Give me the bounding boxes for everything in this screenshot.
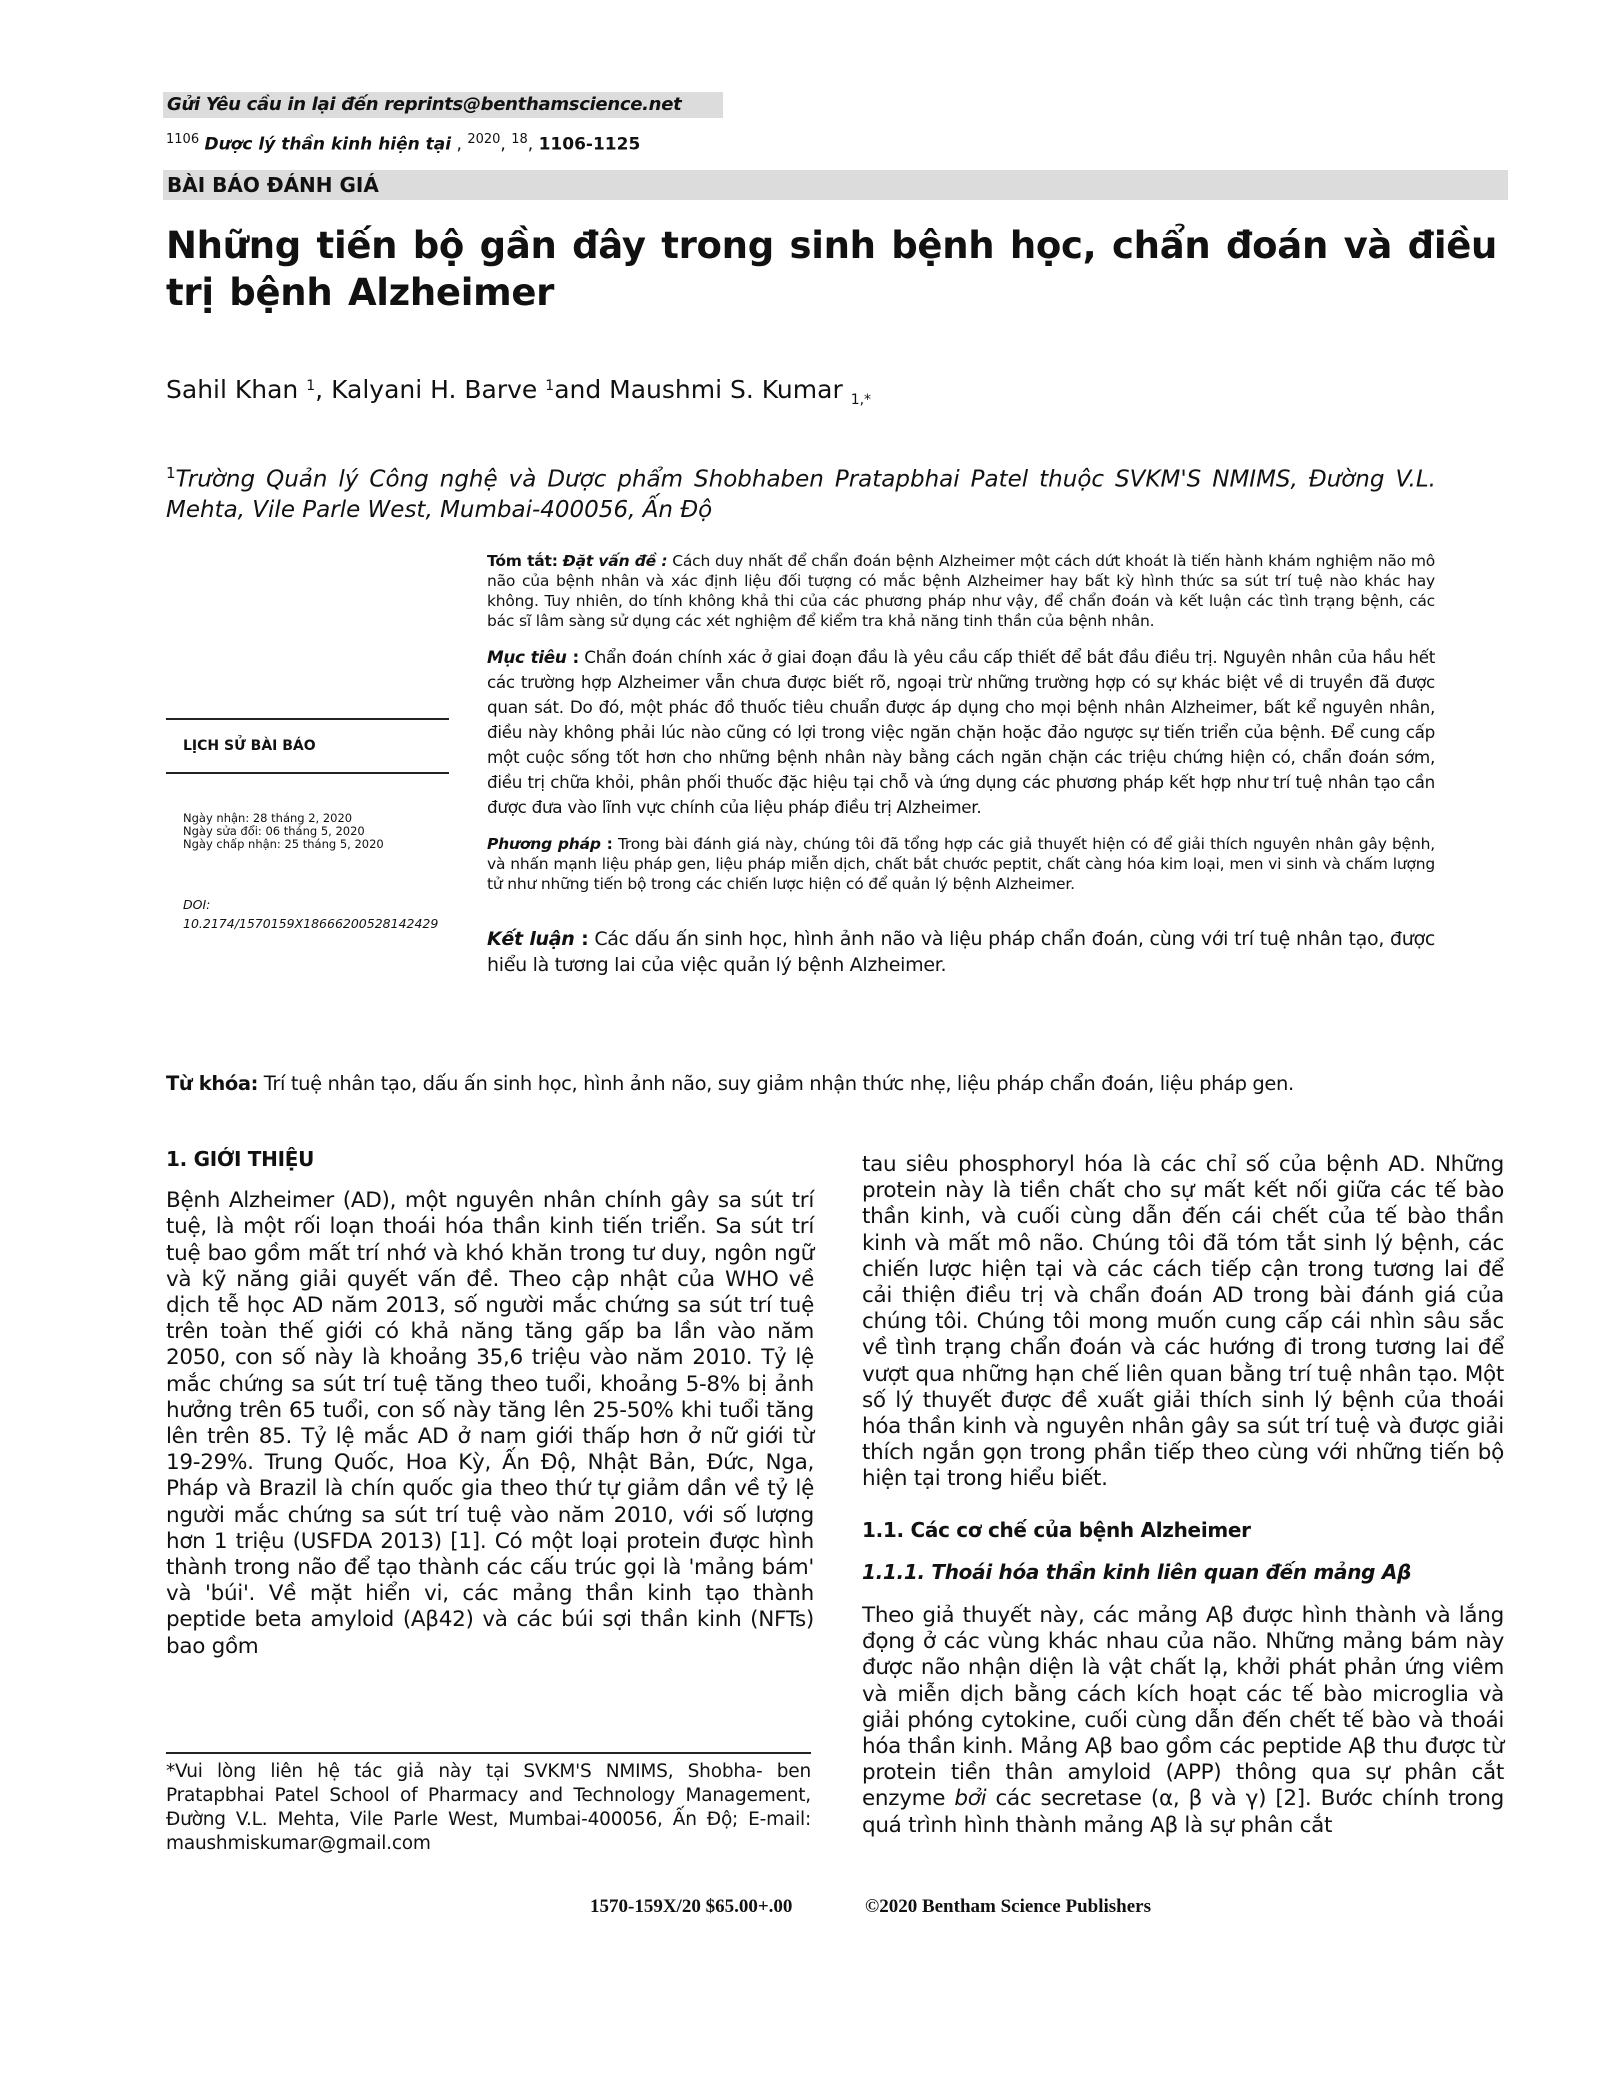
keywords: Từ khóa: Trí tuệ nhân tạo, dấu ấn sinh h…	[166, 1071, 1294, 1097]
author-affiliation-mark: 1	[545, 378, 554, 394]
history-dates: Ngày nhận: 28 tháng 2, 2020 Ngày sửa đổi…	[183, 812, 451, 851]
keywords-label: Từ khóa:	[166, 1072, 258, 1095]
objective-label: Mục tiêu	[487, 647, 567, 667]
author-name: Kalyani H. Barve	[331, 375, 537, 404]
abstract-background: Tóm tắt: Đặt vấn đề : Cách duy nhất để c…	[487, 551, 1435, 631]
copyright: ©2020 Bentham Science Publishers	[865, 1896, 1151, 1918]
objective-text: Chẩn đoán chính xác ở giai đoạn đầu là y…	[487, 647, 1435, 817]
methods-text: Trong bài đánh giá này, chúng tôi đã tổn…	[487, 835, 1435, 893]
author-affiliation-mark: 1	[306, 378, 315, 394]
reprint-request-banner: Gửi Yêu cầu in lại đến reprints@benthams…	[163, 92, 723, 118]
corresponding-author-footnote: *Vui lòng liên hệ tác giả này tại SVKM'S…	[166, 1752, 811, 1856]
body-paragraph: Theo giả thuyết này, các mảng Aβ được hì…	[862, 1603, 1504, 1839]
journal-name: Dược lý thần kinh hiện tại	[205, 135, 452, 155]
article-history-panel: LỊCH SỬ BÀI BÁO Ngày nhận: 28 tháng 2, 2…	[166, 718, 451, 933]
methods-label: Phương pháp	[487, 835, 601, 853]
body-column-left: 1. GIỚI THIỆU Bệnh Alzheimer (AD), một n…	[166, 1146, 814, 1660]
abstract-conclusion: Kết luận : Các dấu ấn sinh học, hình ảnh…	[487, 926, 1435, 978]
article-history-title: LỊCH SỬ BÀI BÁO	[183, 738, 451, 754]
journal-year: 2020	[467, 132, 500, 147]
page-range: 1106-1125	[539, 135, 641, 155]
article-type-banner: BÀI BÁO ĐÁNH GIÁ	[163, 170, 1508, 200]
abstract-methods: Phương pháp : Trong bài đánh giá này, ch…	[487, 834, 1435, 894]
body-paragraph: tau siêu phosphoryl hóa là các chỉ số củ…	[862, 1152, 1504, 1493]
page-number: 1106	[166, 132, 199, 147]
doi-block: DOI: 10.2174/1570159X18666200528142429	[183, 895, 451, 933]
abstract-objective: Mục tiêu : Chẩn đoán chính xác ở giai đo…	[487, 645, 1435, 820]
author-affiliation-mark: 1,*	[851, 392, 871, 408]
author-list: Sahil Khan 1, Kalyani H. Barve 1and Maus…	[166, 370, 871, 416]
affiliation-mark: 1	[166, 464, 176, 482]
abstract: Tóm tắt: Đặt vấn đề : Cách duy nhất để c…	[487, 551, 1435, 992]
divider	[166, 772, 449, 774]
abstract-label: Tóm tắt:	[487, 552, 558, 570]
section-heading: 1. GIỚI THIỆU	[166, 1146, 814, 1172]
reprint-text: Gửi Yêu cầu in lại đến reprints@benthams…	[167, 94, 681, 115]
background-label: Đặt vấn đề :	[563, 552, 668, 570]
paper-title: Những tiến bộ gần đây trong sinh bệnh họ…	[166, 222, 1526, 316]
subsection-heading: 1.1. Các cơ chế của bệnh Alzheimer	[862, 1517, 1504, 1543]
body-column-right: tau siêu phosphoryl hóa là các chỉ số củ…	[862, 1152, 1504, 1839]
article-type: BÀI BÁO ĐÁNH GIÁ	[167, 173, 379, 197]
body-paragraph: Bệnh Alzheimer (AD), một nguyên nhân chí…	[166, 1188, 814, 1660]
subsubsection-heading: 1.1.1. Thoái hóa thần kinh liên quan đến…	[862, 1559, 1504, 1585]
doi-label: DOI:	[183, 895, 451, 914]
affiliation: 1Trường Quản lý Công nghệ và Dược phẩm S…	[166, 458, 1436, 525]
accepted-date: Ngày chấp nhận: 25 tháng 5, 2020	[183, 838, 451, 851]
issn-price: 1570-159X/20 $65.00+.00	[590, 1896, 792, 1918]
divider	[166, 718, 449, 720]
conclusion-text: Các dấu ấn sinh học, hình ảnh não và liệ…	[487, 928, 1435, 976]
affiliation-text: Trường Quản lý Công nghệ và Dược phẩm Sh…	[166, 467, 1436, 523]
author-name: Maushmi S. Kumar	[609, 375, 843, 404]
doi-link[interactable]: 10.2174/1570159X18666200528142429	[183, 914, 451, 933]
author-name: Sahil Khan	[166, 375, 298, 404]
keywords-text: Trí tuệ nhân tạo, dấu ấn sinh học, hình …	[258, 1072, 1294, 1095]
conclusion-label: Kết luận	[487, 928, 575, 950]
journal-volume: 18	[511, 132, 528, 147]
journal-citation: 1106 Dược lý thần kinh hiện tại , 2020, …	[166, 128, 640, 157]
